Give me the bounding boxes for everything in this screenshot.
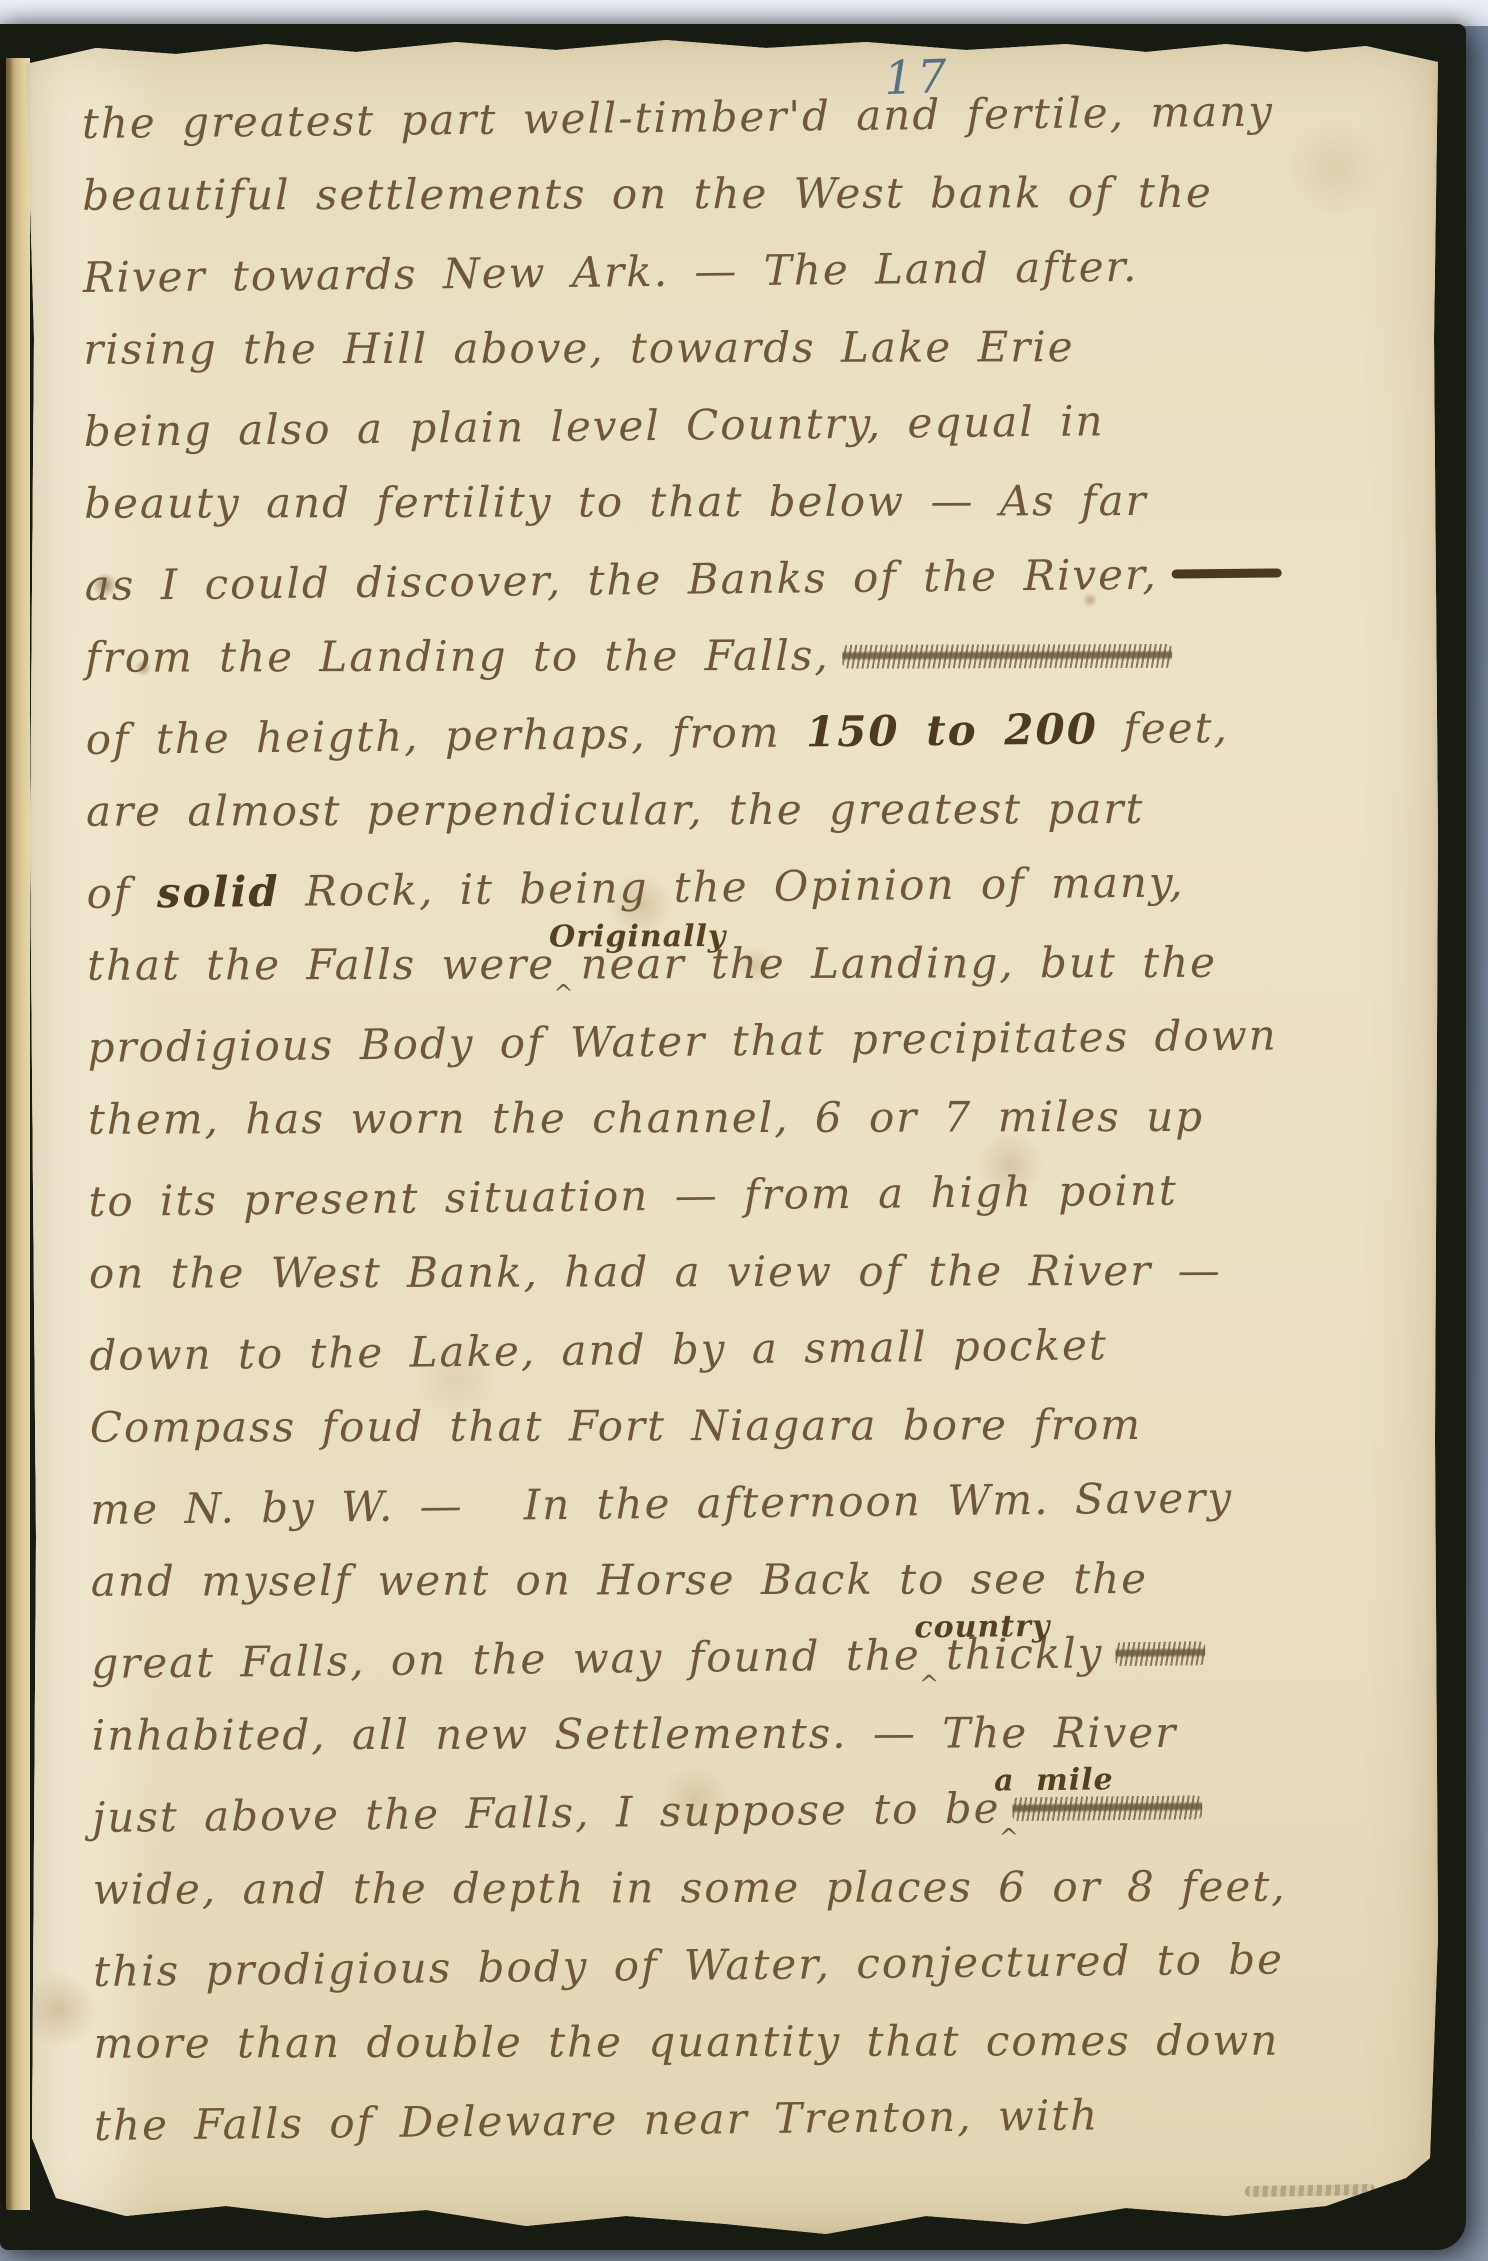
manuscript-line: more than double the quantity that comes… — [94, 2001, 1424, 2081]
manuscript-line: inhabited, all new Settlements. — The Ri… — [92, 1693, 1422, 1773]
handwritten-text: to its present situation — from a high p… — [88, 1166, 1178, 1226]
handwritten-text: down to the Lake, and by a small pocket — [89, 1320, 1108, 1380]
handwritten-text: inhabited, all new Settlements. — The Ri… — [92, 1708, 1178, 1760]
handwritten-text: of the heigth, perhaps, from — [85, 707, 806, 764]
handwritten-text: beautiful settlements on the West bank o… — [82, 168, 1213, 220]
scanned-journal-photo: 17 the greatest part well-timber'd and f… — [0, 0, 1488, 2261]
manuscript-line: on the West Bank, had a view of the Rive… — [89, 1231, 1419, 1311]
handwritten-text: Compass foud that Fort Niagara bore from — [90, 1400, 1142, 1452]
manuscript-line: rising the Hill above, towards Lake Erie — [83, 307, 1413, 387]
manuscript-line: great Falls, on the way found thecountry… — [91, 1611, 1422, 1702]
handwritten-text: me N. by W. — — [90, 1481, 464, 1534]
manuscript-line: to its present situation — from a high p… — [88, 1149, 1419, 1240]
handwritten-text: In the afternoon Wm. Savery — [523, 1473, 1233, 1529]
handwritten-text: rising the Hill above, towards Lake Erie — [83, 322, 1074, 374]
caret-mark: ^ — [999, 1825, 1021, 1849]
manuscript-line: this prodigious body of Water, conjectur… — [93, 1919, 1424, 2010]
handwritten-text: the greatest part well-timber'd and fert… — [82, 87, 1275, 148]
caret-mark: ^ — [919, 1672, 941, 1696]
handwritten-text: solid — [157, 867, 280, 917]
inserted-word-text: Originally — [549, 922, 726, 952]
handwritten-text: more than double the quantity that comes… — [94, 2016, 1280, 2068]
handwritten-text: great Falls, on the way found the — [91, 1630, 921, 1688]
binding-page-edges — [0, 58, 30, 2210]
crossed-out-text — [1115, 1641, 1205, 1666]
manuscript-line: down to the Lake, and by a small pocket — [89, 1303, 1420, 1394]
handwritten-text: as I could discover, the Banks of the Ri… — [84, 550, 1158, 610]
manuscript-line: as I could discover, the Banks of the Ri… — [84, 533, 1415, 624]
handwritten-text: this prodigious body of Water, conjectur… — [93, 1934, 1284, 1995]
handwritten-text: of — [86, 868, 157, 918]
handwritten-text: from the Landing to the Falls, — [85, 631, 830, 682]
manuscript-line: and myself went on Horse Back to see the — [91, 1539, 1421, 1619]
handwritten-text: wide, and the depth in some places 6 or … — [93, 1862, 1287, 1914]
handwritten-text: the Falls of Deleware near Trenton, with — [94, 2090, 1100, 2150]
handwritten-text: prodigious Body of Water that precipitat… — [87, 1011, 1278, 1072]
handwritten-text-block: the greatest part well-timber'd and fert… — [82, 74, 1425, 2161]
ink-flourish-mark — [1245, 2184, 1375, 2197]
backdrop-strip — [0, 0, 1488, 26]
handwritten-text: on the West Bank, had a view of the Rive… — [89, 1246, 1222, 1298]
crossed-out-text — [1012, 1795, 1202, 1821]
manuscript-line: the greatest part well-timber'd and fert… — [82, 71, 1413, 162]
inserted-word-text: a mile — [994, 1765, 1114, 1796]
handwritten-text: just above the Falls, I suppose to be — [92, 1783, 1001, 1842]
manuscript-line: prodigious Body of Water that precipitat… — [87, 995, 1418, 1086]
manuscript-page: 17 the greatest part well-timber'd and f… — [26, 38, 1438, 2234]
handwritten-text: are almost perpendicular, the greatest p… — [86, 784, 1144, 836]
manuscript-line: of solid Rock, it being the Opinion of m… — [86, 841, 1417, 932]
handwritten-text: 150 to 200 — [806, 704, 1098, 756]
manuscript-line: them, has worn the channel, 6 or 7 miles… — [88, 1077, 1418, 1157]
handwritten-text: being also a plain level Country, equal … — [84, 396, 1105, 456]
manuscript-line: Compass foud that Fort Niagara bore from — [90, 1385, 1420, 1465]
manuscript-line: wide, and the depth in some places 6 or … — [93, 1847, 1423, 1927]
handwritten-text: feet, — [1098, 703, 1229, 753]
handwritten-text: them, has worn the channel, 6 or 7 miles… — [88, 1092, 1204, 1144]
handwritten-text: Rock, it being the Opinion of many, — [279, 857, 1184, 915]
manuscript-line: me N. by W. —In the afternoon Wm. Savery — [90, 1457, 1421, 1548]
handwritten-text: that the Falls were — [87, 940, 555, 990]
manuscript-line: the Falls of Deleware near Trenton, with — [94, 2073, 1425, 2164]
manuscript-line: from the Landing to the Falls, — [85, 615, 1415, 695]
inserted-word-text: country — [914, 1612, 1050, 1643]
manuscript-line: beautiful settlements on the West bank o… — [82, 153, 1412, 233]
manuscript-line: being also a plain level Country, equal … — [83, 379, 1414, 470]
manuscript-line: of the heigth, perhaps, from 150 to 200 … — [85, 687, 1416, 778]
manuscript-line: River towards New Ark. — The Land after. — [82, 225, 1413, 316]
handwritten-text: River towards New Ark. — The Land after. — [83, 242, 1139, 302]
manuscript-line: are almost perpendicular, the greatest p… — [86, 769, 1416, 849]
strikethrough-stroke — [1172, 568, 1282, 578]
caret-mark: ^ — [553, 981, 575, 1005]
handwritten-text: beauty and fertility to that below — As … — [84, 476, 1148, 528]
spacing-gap — [464, 1519, 524, 1520]
handwritten-text: and myself went on Horse Back to see the — [91, 1554, 1148, 1606]
manuscript-line: beauty and fertility to that below — As … — [84, 461, 1414, 541]
crossed-out-text — [842, 644, 1172, 669]
manuscript-line: just above the Falls, I suppose to bea m… — [92, 1765, 1423, 1856]
manuscript-line: that the Falls wereOriginally^ near the … — [87, 923, 1417, 1003]
